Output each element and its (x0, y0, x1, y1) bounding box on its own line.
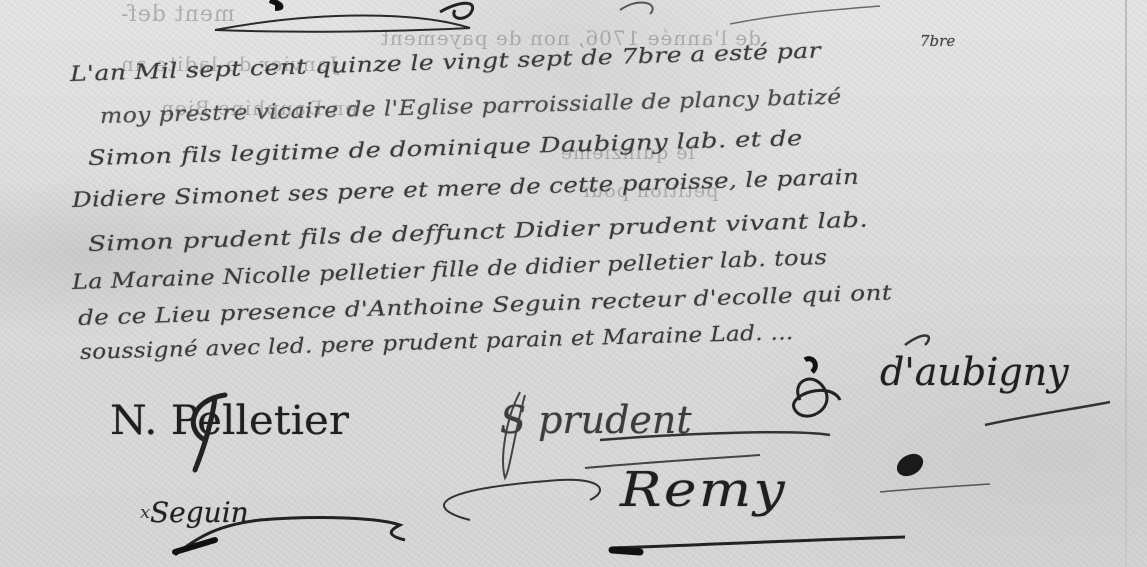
svg-text:x: x (140, 502, 150, 523)
manuscript-page: ment def- de l'année 1706, non de payeme… (0, 0, 1147, 567)
signature-flourishes: x (0, 0, 1147, 567)
